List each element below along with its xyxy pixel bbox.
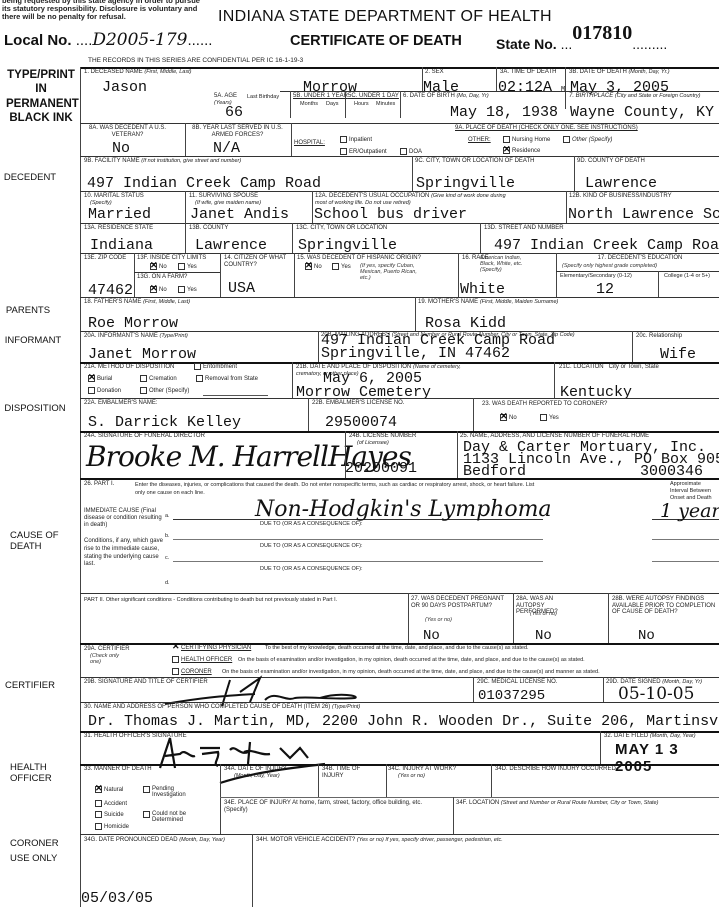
- disclosure-text: being requested by this state agency in …: [2, 0, 207, 21]
- checkbox-er-outpatient[interactable]: ER/Outpatient: [340, 148, 387, 155]
- county-of-death: Lawrence: [585, 175, 657, 192]
- checkbox-entombment[interactable]: Entombment: [194, 363, 237, 370]
- checkbox-residence[interactable]: Residence: [503, 147, 540, 154]
- label-medical-license: 29c. MEDICAL LICENSE NO.: [477, 679, 557, 686]
- label-mother: 19. MOTHER'S NAME (First, Middle, Maiden…: [418, 299, 558, 306]
- age: 66: [225, 104, 243, 121]
- checkbox-doa[interactable]: DOA: [400, 148, 422, 155]
- label-year-served: 8b. YEAR LAST SERVED IN U.S. ARMED FORCE…: [190, 125, 285, 138]
- side-parents: PARENTS: [0, 305, 56, 316]
- label-method-disposition: 21a. METHOD OF DISPOSITION: [84, 364, 174, 371]
- label-father: 18. FATHER'S NAME (First, Middle, Last): [84, 299, 190, 306]
- label-days: Days: [326, 101, 339, 107]
- label-director-license: 24b. LICENSE NUMBER(of Licensee): [349, 433, 416, 446]
- birthplace: Wayne County, KY: [570, 104, 714, 121]
- label-farm: 13g. ON A FARM?: [137, 274, 187, 281]
- label-college: College (1-4 or 5+): [664, 273, 710, 279]
- marital: Married: [88, 206, 151, 223]
- label-embalmer-license: 22b. EMBALMER'S LICENSE NO.: [312, 400, 405, 407]
- checkbox-natural[interactable]: Natural: [95, 786, 123, 793]
- label-injury-location: 34f. LOCATION (Street and Number or Rura…: [456, 800, 658, 807]
- checkbox-suicide[interactable]: Suicide: [95, 811, 124, 818]
- label-completer: 30. NAME AND ADDRESS OF PERSON WHO COMPL…: [84, 704, 360, 711]
- label-director-signature: 24a. SIGNATURE OF FUNERAL DIRECTOR: [84, 433, 205, 440]
- side-cause: CAUSE OF DEATH: [10, 530, 60, 553]
- label-under-1-year: 5b. UNDER 1 YEAR: [293, 93, 348, 100]
- res-street: 497 Indian Creek Camp Road: [494, 237, 719, 254]
- label-injury-how: 34d. DESCRIBE HOW INJURY OCCURRED: [495, 766, 616, 773]
- label-city-limits: 13f. INSIDE CITY LIMITS: [137, 255, 206, 262]
- label-under-1-day: 5c. UNDER 1 DAY: [348, 93, 399, 100]
- line-c-marker: c.: [165, 555, 169, 561]
- label-conditions: Conditions, if any, which gave rise to t…: [84, 538, 169, 569]
- label-immediate-cause: IMMEDIATE CAUSE (Final disease or condit…: [84, 508, 164, 530]
- informant-address-2: Springville, IN 47462: [321, 345, 510, 362]
- label-minutes: Minutes: [376, 101, 395, 107]
- time-of-death: 02:12A M: [498, 79, 565, 96]
- checkbox-farm-yes[interactable]: Yes: [178, 286, 197, 293]
- label-place-of-death: 9a. PLACE OF DEATH (Check only one. See …: [455, 125, 638, 132]
- cause-a: Non-Hodgkin's Lymphoma: [255, 497, 552, 522]
- checkbox-city-limits-no[interactable]: No: [150, 263, 167, 270]
- label-veteran: 8a. WAS DECEDENT A U.S. VETERAN?: [85, 125, 170, 138]
- label-manner: 33. MANNER OF DEATH: [84, 766, 152, 773]
- side-informant: INFORMANT: [0, 335, 66, 346]
- label-birthplace: 7. BIRTHPLACE (City and State or Foreign…: [569, 93, 701, 100]
- checkbox-other-disposition[interactable]: Other (Specify): [140, 387, 189, 394]
- label-motor-vehicle: 34h. MOTOR VEHICLE ACCIDENT? (Yes or no)…: [256, 837, 503, 844]
- race-hint: American Indian, Black, White, etc. (Spe…: [480, 255, 525, 273]
- label-elementary: Elementary/Secondary (0-12): [560, 273, 632, 279]
- label-res-city: 13c. CITY, TOWN OR LOCATION: [296, 225, 387, 232]
- local-no-value: D2005-179: [92, 30, 187, 50]
- informant-name: Janet Morrow: [88, 346, 196, 363]
- confidential-note: THE RECORDS IN THIS SERIES ARE CONFIDENT…: [88, 57, 303, 64]
- label-relationship: 20c. Relationship: [636, 333, 682, 340]
- label-date-of-death: 3b. DATE OF DEATH (Month, Day, Yr.): [569, 69, 670, 76]
- facility: 497 Indian Creek Camp Road: [87, 175, 321, 192]
- label-pregnant: 27. WAS DECEDENT PREGNANT OR 90 DAYS POS…: [411, 596, 506, 609]
- label-city-of-death: 9c. CITY, TOWN OR LOCATION OF DEATH: [415, 158, 534, 165]
- checkbox-nursing-home[interactable]: Nursing Home: [503, 136, 550, 143]
- checkbox-accident[interactable]: Accident: [95, 800, 127, 807]
- checkbox-other-specify[interactable]: Other (Specify): [563, 136, 612, 143]
- physician-text: To the best of my knowledge, death occur…: [265, 645, 529, 651]
- father-name: Roe Morrow: [88, 315, 178, 332]
- label-informant: 20a. INFORMANT'S NAME (Type/Print): [84, 333, 188, 340]
- hispanic-hint: (If yes, specify Cuban, Mexican, Puerto …: [360, 263, 420, 281]
- first-name: Jason: [102, 79, 147, 96]
- checkbox-health-officer[interactable]: HEALTH OFFICER: [172, 656, 232, 663]
- label-occupation: 12a. DECEDENT'S USUAL OCCUPATION (Give k…: [315, 193, 515, 206]
- relationship: Wife: [660, 346, 696, 363]
- checkbox-removal[interactable]: Removal from State: [196, 375, 258, 382]
- label-pronounced: 34g. DATE PRONOUNCED DEAD (Month, Day, Y…: [84, 837, 225, 844]
- label-zip: 13e. ZIP CODE: [84, 255, 126, 262]
- side-type-print: TYPE/PRINT IN PERMANENT BLACK INK: [6, 68, 76, 126]
- education-hint: (Specify only highest grade completed): [562, 263, 657, 269]
- autopsy: No: [535, 628, 552, 644]
- label-marital: 10. MARITAL STATUS(Specify): [84, 193, 144, 206]
- due-to-a: DUE TO (OR AS A CONSEQUENCE OF):: [260, 521, 362, 527]
- label-hospital: HOSPITAL:: [294, 140, 325, 146]
- side-coroner: CORONER USE ONLY: [10, 836, 65, 866]
- label-part1: 26. PART I.: [84, 481, 114, 488]
- date-signed: 05-10-05: [618, 684, 694, 704]
- embalmer-license: 29500074: [325, 414, 397, 431]
- autopsy-findings: No: [638, 628, 655, 644]
- city-of-death: Springville: [416, 175, 515, 192]
- label-date-filed: 32. DATE FILED (Month, Day, Year): [604, 733, 696, 740]
- date-filed-stamp: MAY 1 3 2005: [615, 741, 719, 775]
- label-time-of-death: 3a. TIME OF DEATH: [500, 69, 556, 76]
- label-citizen: 14. CITIZEN OF WHAT COUNTRY?: [224, 255, 289, 268]
- race: White: [460, 281, 505, 298]
- due-to-b: DUE TO (OR AS A CONSEQUENCE OF):: [260, 543, 362, 549]
- checkbox-donation[interactable]: Donation: [88, 387, 121, 394]
- state-no: State No. ...017810.........: [496, 22, 667, 45]
- checkbox-undetermined[interactable]: Could not be Determined: [143, 811, 198, 823]
- local-no-label: Local No.: [4, 32, 72, 49]
- pregnant: No: [423, 628, 440, 644]
- citizen: USA: [228, 280, 255, 297]
- label-spouse: 11. SURVIVING SPOUSE(If wife, give maide…: [189, 193, 261, 206]
- side-decedent: DECEDENT: [0, 172, 60, 183]
- label-res-street: 13d. STREET AND NUMBER: [484, 225, 564, 232]
- label-res-state: 13a. RESIDENCE STATE: [84, 225, 153, 232]
- res-state: Indiana: [90, 237, 153, 254]
- checkbox-city-limits-yes[interactable]: Yes: [178, 263, 197, 270]
- checkbox-farm-no[interactable]: No: [150, 286, 167, 293]
- label-injury-date: 34a. DATE OF INJURY(Month, Day, Year): [224, 766, 287, 779]
- year-served: N/A: [213, 140, 240, 157]
- label-dob: 6. DATE OF BIRTH (Mo, Day, Yr): [403, 93, 489, 100]
- label-injury-place: 34e. PLACE OF INJURY At home, farm, stre…: [224, 800, 424, 813]
- label-injury-at-work: 34c. INJURY AT WORK?(Yes or no): [388, 766, 456, 779]
- certifier-hint: (Check only one): [90, 653, 130, 665]
- autopsy-hint: (Yes or no): [530, 611, 557, 617]
- interval-a: 1 year: [660, 500, 719, 522]
- label-res-county: 13b. COUNTY: [189, 225, 228, 232]
- label-deceased-name: 1. DECEASED NAME (First, Middle, Last): [84, 69, 191, 76]
- education: 12: [596, 281, 614, 298]
- label-education: 17. DECEDENT'S EDUCATION: [560, 255, 719, 262]
- side-disposition: DISPOSITION: [0, 403, 70, 414]
- director-license: 20200091: [345, 460, 417, 477]
- checkbox-pending[interactable]: Pending Investigation: [143, 786, 198, 798]
- label-industry: 12b. KIND OF BUSINESS/INDUSTRY: [569, 193, 672, 200]
- state-no-label: State No.: [496, 36, 557, 52]
- label-other: OTHER:: [468, 137, 491, 143]
- side-certifier: CERTIFIER: [0, 680, 60, 691]
- label-sex: 2. SEX: [425, 69, 444, 76]
- label-autopsy-findings: 28b. WERE AUTOPSY FINDINGS AVAILABLE PRI…: [612, 596, 719, 616]
- label-part2: PART II. Other significant conditions - …: [84, 597, 337, 603]
- date-pronounced: 05/03/05: [81, 890, 153, 907]
- checkbox-certifying-physician[interactable]: CERTIFYING PHYSICIAN: [172, 644, 251, 651]
- line-a-marker: a.: [165, 513, 170, 519]
- checkbox-hispanic-no[interactable]: No: [305, 263, 322, 270]
- label-last-birthday: Last Birthday: [247, 94, 279, 100]
- checkbox-hispanic-yes[interactable]: Yes: [332, 263, 351, 270]
- label-facility: 9b. FACILITY NAME (If not institution, g…: [84, 158, 241, 165]
- state-no-value: 017810: [572, 22, 632, 44]
- due-to-c: DUE TO (OR AS A CONSEQUENCE OF):: [260, 566, 362, 572]
- local-no: Local No. ....D2005-179......: [4, 30, 212, 50]
- industry: North Lawrence Schoo: [568, 206, 719, 223]
- label-county-of-death: 9d. COUNTY OF DEATH: [577, 158, 645, 165]
- health-officer-text: On the basis of examination and/or inves…: [238, 657, 585, 663]
- checkbox-burial[interactable]: Burial: [88, 375, 112, 382]
- label-disposition-location: 21c. LOCATION City or Town, State: [559, 364, 659, 371]
- embalmer-name: S. Darrick Kelley: [88, 414, 241, 431]
- res-city: Springville: [298, 237, 397, 254]
- label-months: Months: [300, 101, 318, 107]
- spouse: Janet Andis: [190, 206, 289, 223]
- mother-name: Rosa Kidd: [425, 315, 506, 332]
- label-embalmer: 22a. EMBALMER'S NAME:: [84, 400, 158, 407]
- occupation: School bus driver: [314, 206, 467, 223]
- dob: May 18, 1938: [450, 104, 558, 121]
- res-county: Lawrence: [195, 237, 267, 254]
- label-hispanic: 15. WAS DECEDENT OF HISPANIC ORIGIN?: [297, 255, 421, 262]
- checkbox-coroner-yes[interactable]: Yes: [540, 414, 559, 421]
- label-certifier: 29a. CERTIFIER: [84, 646, 130, 653]
- veteran: No: [112, 140, 130, 157]
- label-coroner-reported: 23. WAS DEATH REPORTED TO CORONER?: [482, 401, 607, 408]
- checkbox-cremation[interactable]: Cremation: [140, 375, 177, 382]
- certificate-title: CERTIFICATE OF DEATH: [290, 33, 462, 49]
- label-injury-time: 34b. TIME OF INJURY: [322, 766, 382, 779]
- checkbox-homicide[interactable]: Homicide: [95, 823, 129, 830]
- side-health-officer: HEALTH OFFICER: [10, 762, 60, 785]
- label-hours: Hours: [354, 101, 369, 107]
- pregnant-hint: (Yes or no): [425, 617, 452, 623]
- part1-instructions: Enter the diseases, injuries, or complic…: [135, 481, 545, 498]
- checkbox-inpatient[interactable]: Inpatient: [340, 136, 372, 143]
- checkbox-coroner-no[interactable]: No: [500, 414, 517, 421]
- line-d-marker: d.: [165, 580, 170, 586]
